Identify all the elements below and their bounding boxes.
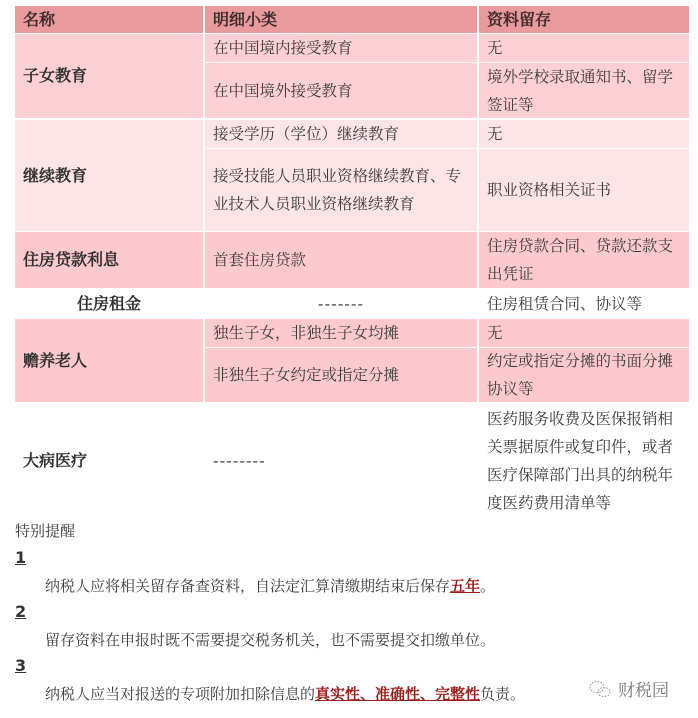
subcategory-cell: ------- — [205, 290, 477, 318]
note-number: 3 — [15, 656, 26, 675]
wechat-icon — [588, 679, 612, 699]
subcategory-cell: 独生子女，非独生子女均摊 — [205, 319, 477, 347]
note-text: 纳税人应将相关留存备查资料，自法定汇算清缴期结束后保存五年。 — [45, 574, 495, 598]
header-retention: 资料留存 — [479, 6, 689, 33]
subcategory-cell: 在中国境外接受教育 — [205, 63, 477, 118]
note-text: 纳税人应当对报送的专项附加扣除信息的真实性、准确性、完整性负责。 — [45, 682, 525, 706]
subcategory-cell: -------- — [205, 404, 477, 518]
row-name-children-education: 子女教育 — [15, 34, 203, 118]
row-name-serious-illness: 大病医疗 — [15, 404, 203, 518]
note-number: 1 — [15, 548, 26, 567]
header-name: 名称 — [15, 6, 203, 33]
retention-cell: 境外学校录取通知书、留学签证等 — [479, 63, 689, 118]
note-number: 2 — [15, 602, 26, 621]
note-text: 留存资料在申报时既不需要提交税务机关，也不需要提交扣缴单位。 — [45, 628, 495, 652]
subcategory-cell: 首套住房贷款 — [205, 232, 477, 288]
retention-cell: 无 — [479, 319, 689, 347]
retention-cell: 住房贷款合同、贷款还款支出凭证 — [479, 232, 689, 288]
retention-cell: 无 — [479, 120, 689, 148]
retention-cell: 职业资格相关证书 — [479, 149, 689, 231]
subcategory-cell: 在中国境内接受教育 — [205, 34, 477, 62]
subcategory-cell: 接受技能人员职业资格继续教育、专业技术人员职业资格继续教育 — [205, 149, 477, 231]
note-emphasis: 五年 — [450, 577, 480, 595]
subcategory-cell: 非独生子女约定或指定分摊 — [205, 348, 477, 402]
watermark-label: 财税园 — [618, 676, 669, 701]
watermark: 财税园 — [588, 676, 669, 701]
subcategory-cell: 接受学历（学位）继续教育 — [205, 120, 477, 148]
row-name-housing-loan-interest: 住房贷款利息 — [15, 232, 203, 288]
row-name-housing-rent: 住房租金 — [15, 290, 203, 318]
reminder-title: 特别提醒 — [15, 518, 75, 544]
row-name-elderly-support: 赡养老人 — [15, 319, 203, 402]
row-name-continuing-education: 继续教育 — [15, 120, 203, 231]
retention-cell: 医药服务收费及医保报销相关票据原件或复印件，或者医疗保障部门出具的纳税年度医药费… — [479, 404, 689, 518]
retention-cell: 约定或指定分摊的书面分摊协议等 — [479, 348, 689, 402]
header-subcategory: 明细小类 — [205, 6, 477, 33]
retention-cell: 住房租赁合同、协议等 — [479, 290, 689, 318]
note-emphasis: 真实性、准确性、完整性 — [315, 685, 480, 703]
retention-cell: 无 — [479, 34, 689, 62]
